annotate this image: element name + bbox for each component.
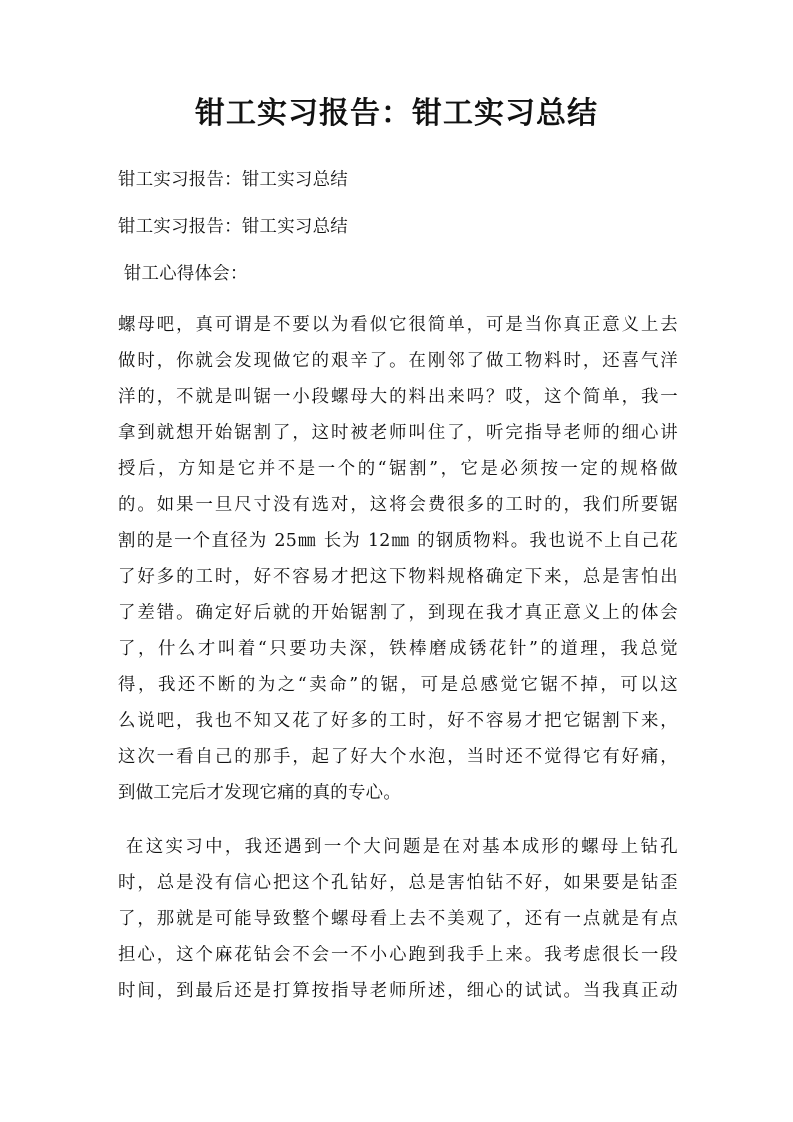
- paragraph-line: 时，总是没有信心把这个孔钻好，总是害怕钻不好，如果要是钻歪: [118, 871, 678, 895]
- paragraph-line: 割的是一个直径为 25㎜ 长为 12㎜ 的钢质物料。我也说不上自己花: [118, 529, 678, 553]
- paragraph-line: 在这实习中，我还遇到一个大问题是在对基本成形的螺母上钻孔: [118, 835, 678, 859]
- document-title: 钳工实习报告：钳工实习总结: [0, 94, 793, 134]
- paragraph-line: 担心，这个麻花钻会不会一不小心跑到我手上来。我考虑很长一段: [118, 943, 678, 967]
- paragraph-line: 么说吧，我也不知又花了好多的工时，好不容易才把它锯割下来，: [118, 709, 678, 733]
- paragraph-line: 得，我还不断的为之“卖命”的锯，可是总感觉它锯不掉，可以这: [118, 673, 678, 697]
- subtitle-line-2: 钳工实习报告：钳工实习总结: [118, 215, 678, 239]
- subtitle-line-1: 钳工实习报告：钳工实习总结: [118, 168, 678, 192]
- paragraph-line: 了好多的工时，好不容易才把这下物料规格确定下来，总是害怕出: [118, 565, 678, 589]
- paragraph-line: 做时，你就会发现做它的艰辛了。在刚邻了做工物料时，还喜气洋: [118, 349, 678, 373]
- paragraph-line: 了，那就是可能导致整个螺母看上去不美观了，还有一点就是有点: [118, 907, 678, 931]
- document-page: 钳工实习报告：钳工实习总结 钳工实习报告：钳工实习总结 钳工实习报告：钳工实习总…: [0, 0, 793, 1122]
- paragraph-line: 授后，方知是它并不是一个的“锯割”，它是必须按一定的规格做: [118, 457, 678, 481]
- paragraph-line: 这次一看自己的那手，起了好大个水泡，当时还不觉得它有好痛，: [118, 745, 678, 769]
- paragraph-line: 了差错。确定好后就的开始锯割了，到现在我才真正意义上的体会: [118, 601, 678, 625]
- section-heading: 钳工心得体会：: [118, 262, 678, 286]
- paragraph-line: 时间，到最后还是打算按指导老师所述，细心的试试。当我真正动: [118, 979, 678, 1003]
- paragraph-line: 螺母吧，真可谓是不要以为看似它很简单，可是当你真正意义上去: [118, 313, 678, 337]
- paragraph-line: 到做工完后才发现它痛的真的专心。: [118, 781, 678, 805]
- paragraph-line: 洋的，不就是叫锯一小段螺母大的料出来吗？哎，这个简单，我一: [118, 385, 678, 409]
- paragraph-line: 了，什么才叫着“只要功夫深，铁棒磨成锈花针”的道理，我总觉: [118, 637, 678, 661]
- paragraph-line: 拿到就想开始锯割了，这时被老师叫住了，听完指导老师的细心讲: [118, 421, 678, 445]
- paragraph-line: 的。如果一旦尺寸没有选对，这将会费很多的工时的，我们所要锯: [118, 493, 678, 517]
